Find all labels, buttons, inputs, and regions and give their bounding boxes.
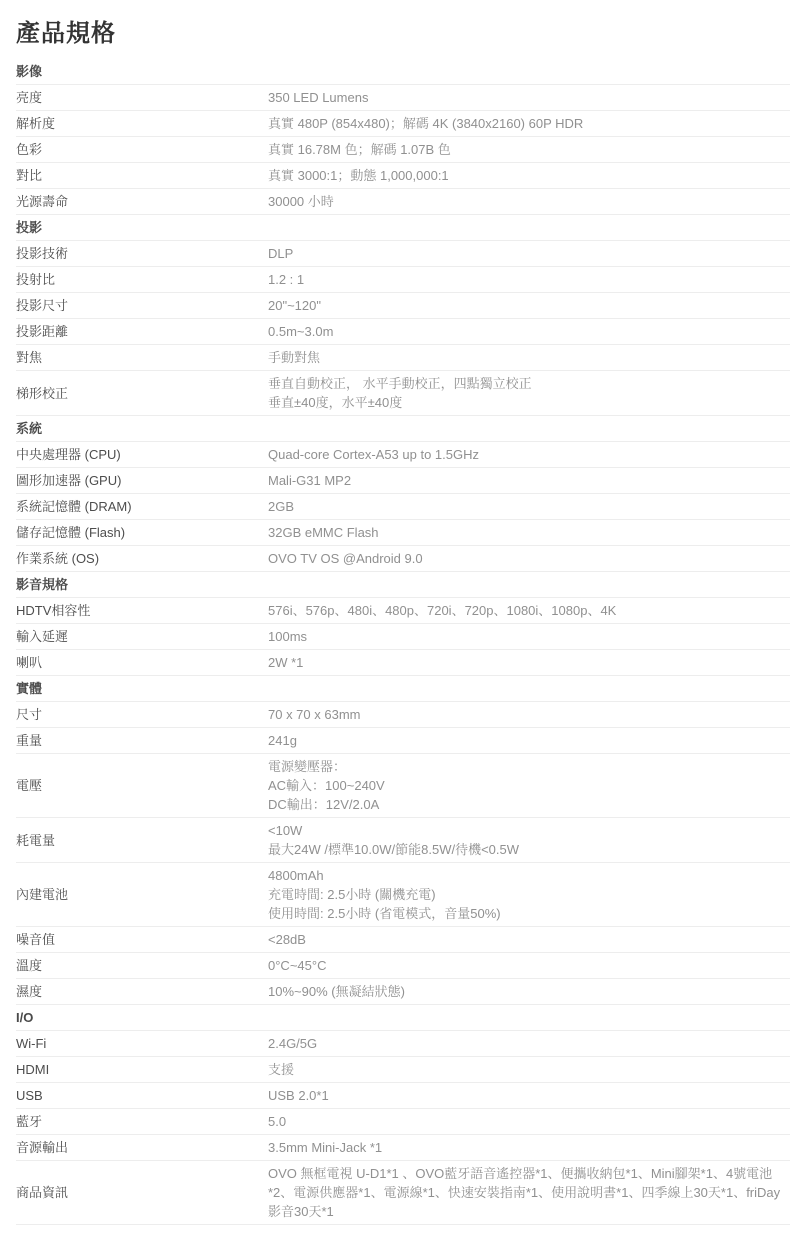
spec-value-line: 使用時間: 2.5小時 (省電模式，音量50%) bbox=[268, 904, 790, 923]
spec-row: 解析度真實 480P (854x480)；解碼 4K (3840x2160) 6… bbox=[16, 111, 790, 137]
spec-label: 光源壽命 bbox=[16, 192, 268, 211]
spec-value: 0.5m~3.0m bbox=[268, 322, 790, 341]
spec-row: 圖形加速器 (GPU)Mali-G31 MP2 bbox=[16, 468, 790, 494]
spec-value-line: 241g bbox=[268, 731, 790, 750]
spec-label: 重量 bbox=[16, 731, 268, 750]
spec-table: 影像亮度350 LED Lumens解析度真實 480P (854x480)；解… bbox=[16, 59, 790, 1225]
spec-value-line: 垂直±40度，水平±40度 bbox=[268, 393, 790, 412]
spec-label: 投影距離 bbox=[16, 322, 268, 341]
spec-value-line: 32GB eMMC Flash bbox=[268, 523, 790, 542]
spec-label: 對焦 bbox=[16, 348, 268, 367]
spec-label: 儲存記憶體 (Flash) bbox=[16, 523, 268, 542]
spec-value-line: 真實 3000:1；動態 1,000,000:1 bbox=[268, 166, 790, 185]
spec-value-line: 4800mAh bbox=[268, 866, 790, 885]
spec-row: 儲存記憶體 (Flash)32GB eMMC Flash bbox=[16, 520, 790, 546]
spec-row: 溫度0°C~45°C bbox=[16, 953, 790, 979]
spec-value-line: 30000 小時 bbox=[268, 192, 790, 211]
section-title: 系統 bbox=[16, 421, 42, 436]
spec-value: 2W *1 bbox=[268, 653, 790, 672]
spec-value: Mali-G31 MP2 bbox=[268, 471, 790, 490]
spec-row: 投影技術DLP bbox=[16, 241, 790, 267]
spec-label: 溫度 bbox=[16, 956, 268, 975]
spec-row: 耗電量<10W最大24W /標準10.0W/節能8.5W/待機<0.5W bbox=[16, 818, 790, 863]
section-header: 系統 bbox=[16, 416, 790, 442]
spec-value: 32GB eMMC Flash bbox=[268, 523, 790, 542]
spec-row: 投射比1.2 : 1 bbox=[16, 267, 790, 293]
spec-label: 投影技術 bbox=[16, 244, 268, 263]
spec-value: 350 LED Lumens bbox=[268, 88, 790, 107]
spec-label: 電壓 bbox=[16, 776, 268, 795]
spec-value: 100ms bbox=[268, 627, 790, 646]
section-header: 影像 bbox=[16, 59, 790, 85]
spec-row: 系統記憶體 (DRAM)2GB bbox=[16, 494, 790, 520]
section-header: 投影 bbox=[16, 215, 790, 241]
section-header: I/O bbox=[16, 1005, 790, 1031]
spec-value-line: OVO 無框電視 U-D1*1 、OVO藍牙語音遙控器*1、便攜收納包*1、Mi… bbox=[268, 1164, 790, 1221]
spec-value: <28dB bbox=[268, 930, 790, 949]
spec-value-line: 350 LED Lumens bbox=[268, 88, 790, 107]
spec-value-line: 2W *1 bbox=[268, 653, 790, 672]
spec-row: 輸入延遲100ms bbox=[16, 624, 790, 650]
section-title: I/O bbox=[16, 1010, 33, 1025]
spec-value: 241g bbox=[268, 731, 790, 750]
spec-value: DLP bbox=[268, 244, 790, 263]
spec-value-line: 576i、576p、480i、480p、720i、720p、1080i、1080… bbox=[268, 601, 790, 620]
spec-value: 2GB bbox=[268, 497, 790, 516]
section-header: 實體 bbox=[16, 676, 790, 702]
spec-value-line: 垂直自動校正， 水平手動校正，四點獨立校正 bbox=[268, 374, 790, 393]
spec-value-line: 2GB bbox=[268, 497, 790, 516]
spec-row: 音源輸出3.5mm Mini-Jack *1 bbox=[16, 1135, 790, 1161]
spec-row: 投影尺寸20"~120" bbox=[16, 293, 790, 319]
spec-row: 喇叭2W *1 bbox=[16, 650, 790, 676]
spec-label: 喇叭 bbox=[16, 653, 268, 672]
spec-label: 濕度 bbox=[16, 982, 268, 1001]
spec-value-line: 1.2 : 1 bbox=[268, 270, 790, 289]
spec-label: 音源輸出 bbox=[16, 1138, 268, 1157]
spec-value: 真實 3000:1；動態 1,000,000:1 bbox=[268, 166, 790, 185]
spec-row: HDTV相容性576i、576p、480i、480p、720i、720p、108… bbox=[16, 598, 790, 624]
spec-row: 中央處理器 (CPU)Quad-core Cortex-A53 up to 1.… bbox=[16, 442, 790, 468]
spec-value-line: AC輸入：100~240V bbox=[268, 776, 790, 795]
spec-value-line: 0.5m~3.0m bbox=[268, 322, 790, 341]
spec-row: 電壓電源變壓器：AC輸入：100~240VDC輸出：12V/2.0A bbox=[16, 754, 790, 818]
spec-label: 投影尺寸 bbox=[16, 296, 268, 315]
spec-value: 真實 480P (854x480)；解碼 4K (3840x2160) 60P … bbox=[268, 114, 790, 133]
spec-value: 70 x 70 x 63mm bbox=[268, 705, 790, 724]
spec-value: 電源變壓器：AC輸入：100~240VDC輸出：12V/2.0A bbox=[268, 757, 790, 814]
spec-row: 色彩真實 16.78M 色；解碼 1.07B 色 bbox=[16, 137, 790, 163]
spec-value: USB 2.0*1 bbox=[268, 1086, 790, 1105]
spec-value-line: OVO TV OS @Android 9.0 bbox=[268, 549, 790, 568]
spec-value-line: 100ms bbox=[268, 627, 790, 646]
spec-value: 576i、576p、480i、480p、720i、720p、1080i、1080… bbox=[268, 601, 790, 620]
spec-row: 濕度10%~90% (無凝結狀態) bbox=[16, 979, 790, 1005]
spec-label: 商品資訊 bbox=[16, 1183, 268, 1202]
spec-value-line: 70 x 70 x 63mm bbox=[268, 705, 790, 724]
spec-value-line: 真實 480P (854x480)；解碼 4K (3840x2160) 60P … bbox=[268, 114, 790, 133]
spec-value: 1.2 : 1 bbox=[268, 270, 790, 289]
spec-label: 對比 bbox=[16, 166, 268, 185]
spec-row: 投影距離0.5m~3.0m bbox=[16, 319, 790, 345]
spec-value: Quad-core Cortex-A53 up to 1.5GHz bbox=[268, 445, 790, 464]
spec-value: 10%~90% (無凝結狀態) bbox=[268, 982, 790, 1001]
spec-row: 重量241g bbox=[16, 728, 790, 754]
spec-value: 5.0 bbox=[268, 1112, 790, 1131]
section-title: 影像 bbox=[16, 64, 42, 79]
spec-value-line: Quad-core Cortex-A53 up to 1.5GHz bbox=[268, 445, 790, 464]
spec-value: 2.4G/5G bbox=[268, 1034, 790, 1053]
spec-value: OVO TV OS @Android 9.0 bbox=[268, 549, 790, 568]
spec-value: 真實 16.78M 色；解碼 1.07B 色 bbox=[268, 140, 790, 159]
spec-label: 系統記憶體 (DRAM) bbox=[16, 497, 268, 516]
spec-label: 噪音值 bbox=[16, 930, 268, 949]
spec-value-line: 10%~90% (無凝結狀態) bbox=[268, 982, 790, 1001]
spec-row: USBUSB 2.0*1 bbox=[16, 1083, 790, 1109]
spec-value-line: 5.0 bbox=[268, 1112, 790, 1131]
spec-value-line: USB 2.0*1 bbox=[268, 1086, 790, 1105]
spec-row: 梯形校正垂直自動校正， 水平手動校正，四點獨立校正垂直±40度，水平±40度 bbox=[16, 371, 790, 416]
spec-value: 3.5mm Mini-Jack *1 bbox=[268, 1138, 790, 1157]
spec-value: 支援 bbox=[268, 1060, 790, 1079]
spec-value-line: 0°C~45°C bbox=[268, 956, 790, 975]
spec-label: 內建電池 bbox=[16, 885, 268, 904]
spec-row: 商品資訊OVO 無框電視 U-D1*1 、OVO藍牙語音遙控器*1、便攜收納包*… bbox=[16, 1161, 790, 1225]
spec-value-line: 3.5mm Mini-Jack *1 bbox=[268, 1138, 790, 1157]
spec-row: 作業系統 (OS)OVO TV OS @Android 9.0 bbox=[16, 546, 790, 572]
spec-label: 藍牙 bbox=[16, 1112, 268, 1131]
spec-label: 梯形校正 bbox=[16, 384, 268, 403]
spec-label: 圖形加速器 (GPU) bbox=[16, 471, 268, 490]
spec-value-line: 充電時間: 2.5小時 (關機充電) bbox=[268, 885, 790, 904]
section-title: 投影 bbox=[16, 220, 42, 235]
spec-row: 對比真實 3000:1；動態 1,000,000:1 bbox=[16, 163, 790, 189]
spec-row: 對焦手動對焦 bbox=[16, 345, 790, 371]
spec-row: 內建電池4800mAh充電時間: 2.5小時 (關機充電)使用時間: 2.5小時… bbox=[16, 863, 790, 927]
spec-row: 藍牙5.0 bbox=[16, 1109, 790, 1135]
spec-value: <10W最大24W /標準10.0W/節能8.5W/待機<0.5W bbox=[268, 821, 790, 859]
spec-label: Wi-Fi bbox=[16, 1034, 268, 1053]
spec-value: 30000 小時 bbox=[268, 192, 790, 211]
section-title: 實體 bbox=[16, 681, 42, 696]
spec-value: 0°C~45°C bbox=[268, 956, 790, 975]
spec-label: 作業系統 (OS) bbox=[16, 549, 268, 568]
spec-row: 亮度350 LED Lumens bbox=[16, 85, 790, 111]
spec-label: USB bbox=[16, 1086, 268, 1105]
spec-row: 尺寸70 x 70 x 63mm bbox=[16, 702, 790, 728]
spec-value-line: Mali-G31 MP2 bbox=[268, 471, 790, 490]
section-header: 影音規格 bbox=[16, 572, 790, 598]
page-title: 產品規格 bbox=[16, 0, 790, 59]
spec-label: 色彩 bbox=[16, 140, 268, 159]
spec-label: 尺寸 bbox=[16, 705, 268, 724]
spec-label: 投射比 bbox=[16, 270, 268, 289]
spec-row: Wi-Fi2.4G/5G bbox=[16, 1031, 790, 1057]
spec-value-line: 真實 16.78M 色；解碼 1.07B 色 bbox=[268, 140, 790, 159]
spec-row: 光源壽命30000 小時 bbox=[16, 189, 790, 215]
spec-label: HDTV相容性 bbox=[16, 601, 268, 620]
spec-label: HDMI bbox=[16, 1060, 268, 1079]
spec-label: 中央處理器 (CPU) bbox=[16, 445, 268, 464]
spec-value-line: <10W bbox=[268, 821, 790, 840]
product-spec-page: 產品規格 影像亮度350 LED Lumens解析度真實 480P (854x4… bbox=[0, 0, 800, 1245]
spec-value: OVO 無框電視 U-D1*1 、OVO藍牙語音遙控器*1、便攜收納包*1、Mi… bbox=[268, 1164, 790, 1221]
spec-label: 亮度 bbox=[16, 88, 268, 107]
section-title: 影音規格 bbox=[16, 577, 68, 592]
spec-row: 噪音值<28dB bbox=[16, 927, 790, 953]
spec-value: 4800mAh充電時間: 2.5小時 (關機充電)使用時間: 2.5小時 (省電… bbox=[268, 866, 790, 923]
spec-value-line: DLP bbox=[268, 244, 790, 263]
spec-label: 解析度 bbox=[16, 114, 268, 133]
spec-value-line: 支援 bbox=[268, 1060, 790, 1079]
spec-value-line: 20"~120" bbox=[268, 296, 790, 315]
spec-label: 耗電量 bbox=[16, 831, 268, 850]
spec-value-line: 最大24W /標準10.0W/節能8.5W/待機<0.5W bbox=[268, 840, 790, 859]
spec-value-line: DC輸出：12V/2.0A bbox=[268, 795, 790, 814]
spec-row: HDMI支援 bbox=[16, 1057, 790, 1083]
spec-value-line: 電源變壓器： bbox=[268, 757, 790, 776]
spec-value-line: 手動對焦 bbox=[268, 348, 790, 367]
spec-value-line: 2.4G/5G bbox=[268, 1034, 790, 1053]
spec-value: 20"~120" bbox=[268, 296, 790, 315]
spec-value-line: <28dB bbox=[268, 930, 790, 949]
spec-label: 輸入延遲 bbox=[16, 627, 268, 646]
spec-value: 手動對焦 bbox=[268, 348, 790, 367]
spec-value: 垂直自動校正， 水平手動校正，四點獨立校正垂直±40度，水平±40度 bbox=[268, 374, 790, 412]
